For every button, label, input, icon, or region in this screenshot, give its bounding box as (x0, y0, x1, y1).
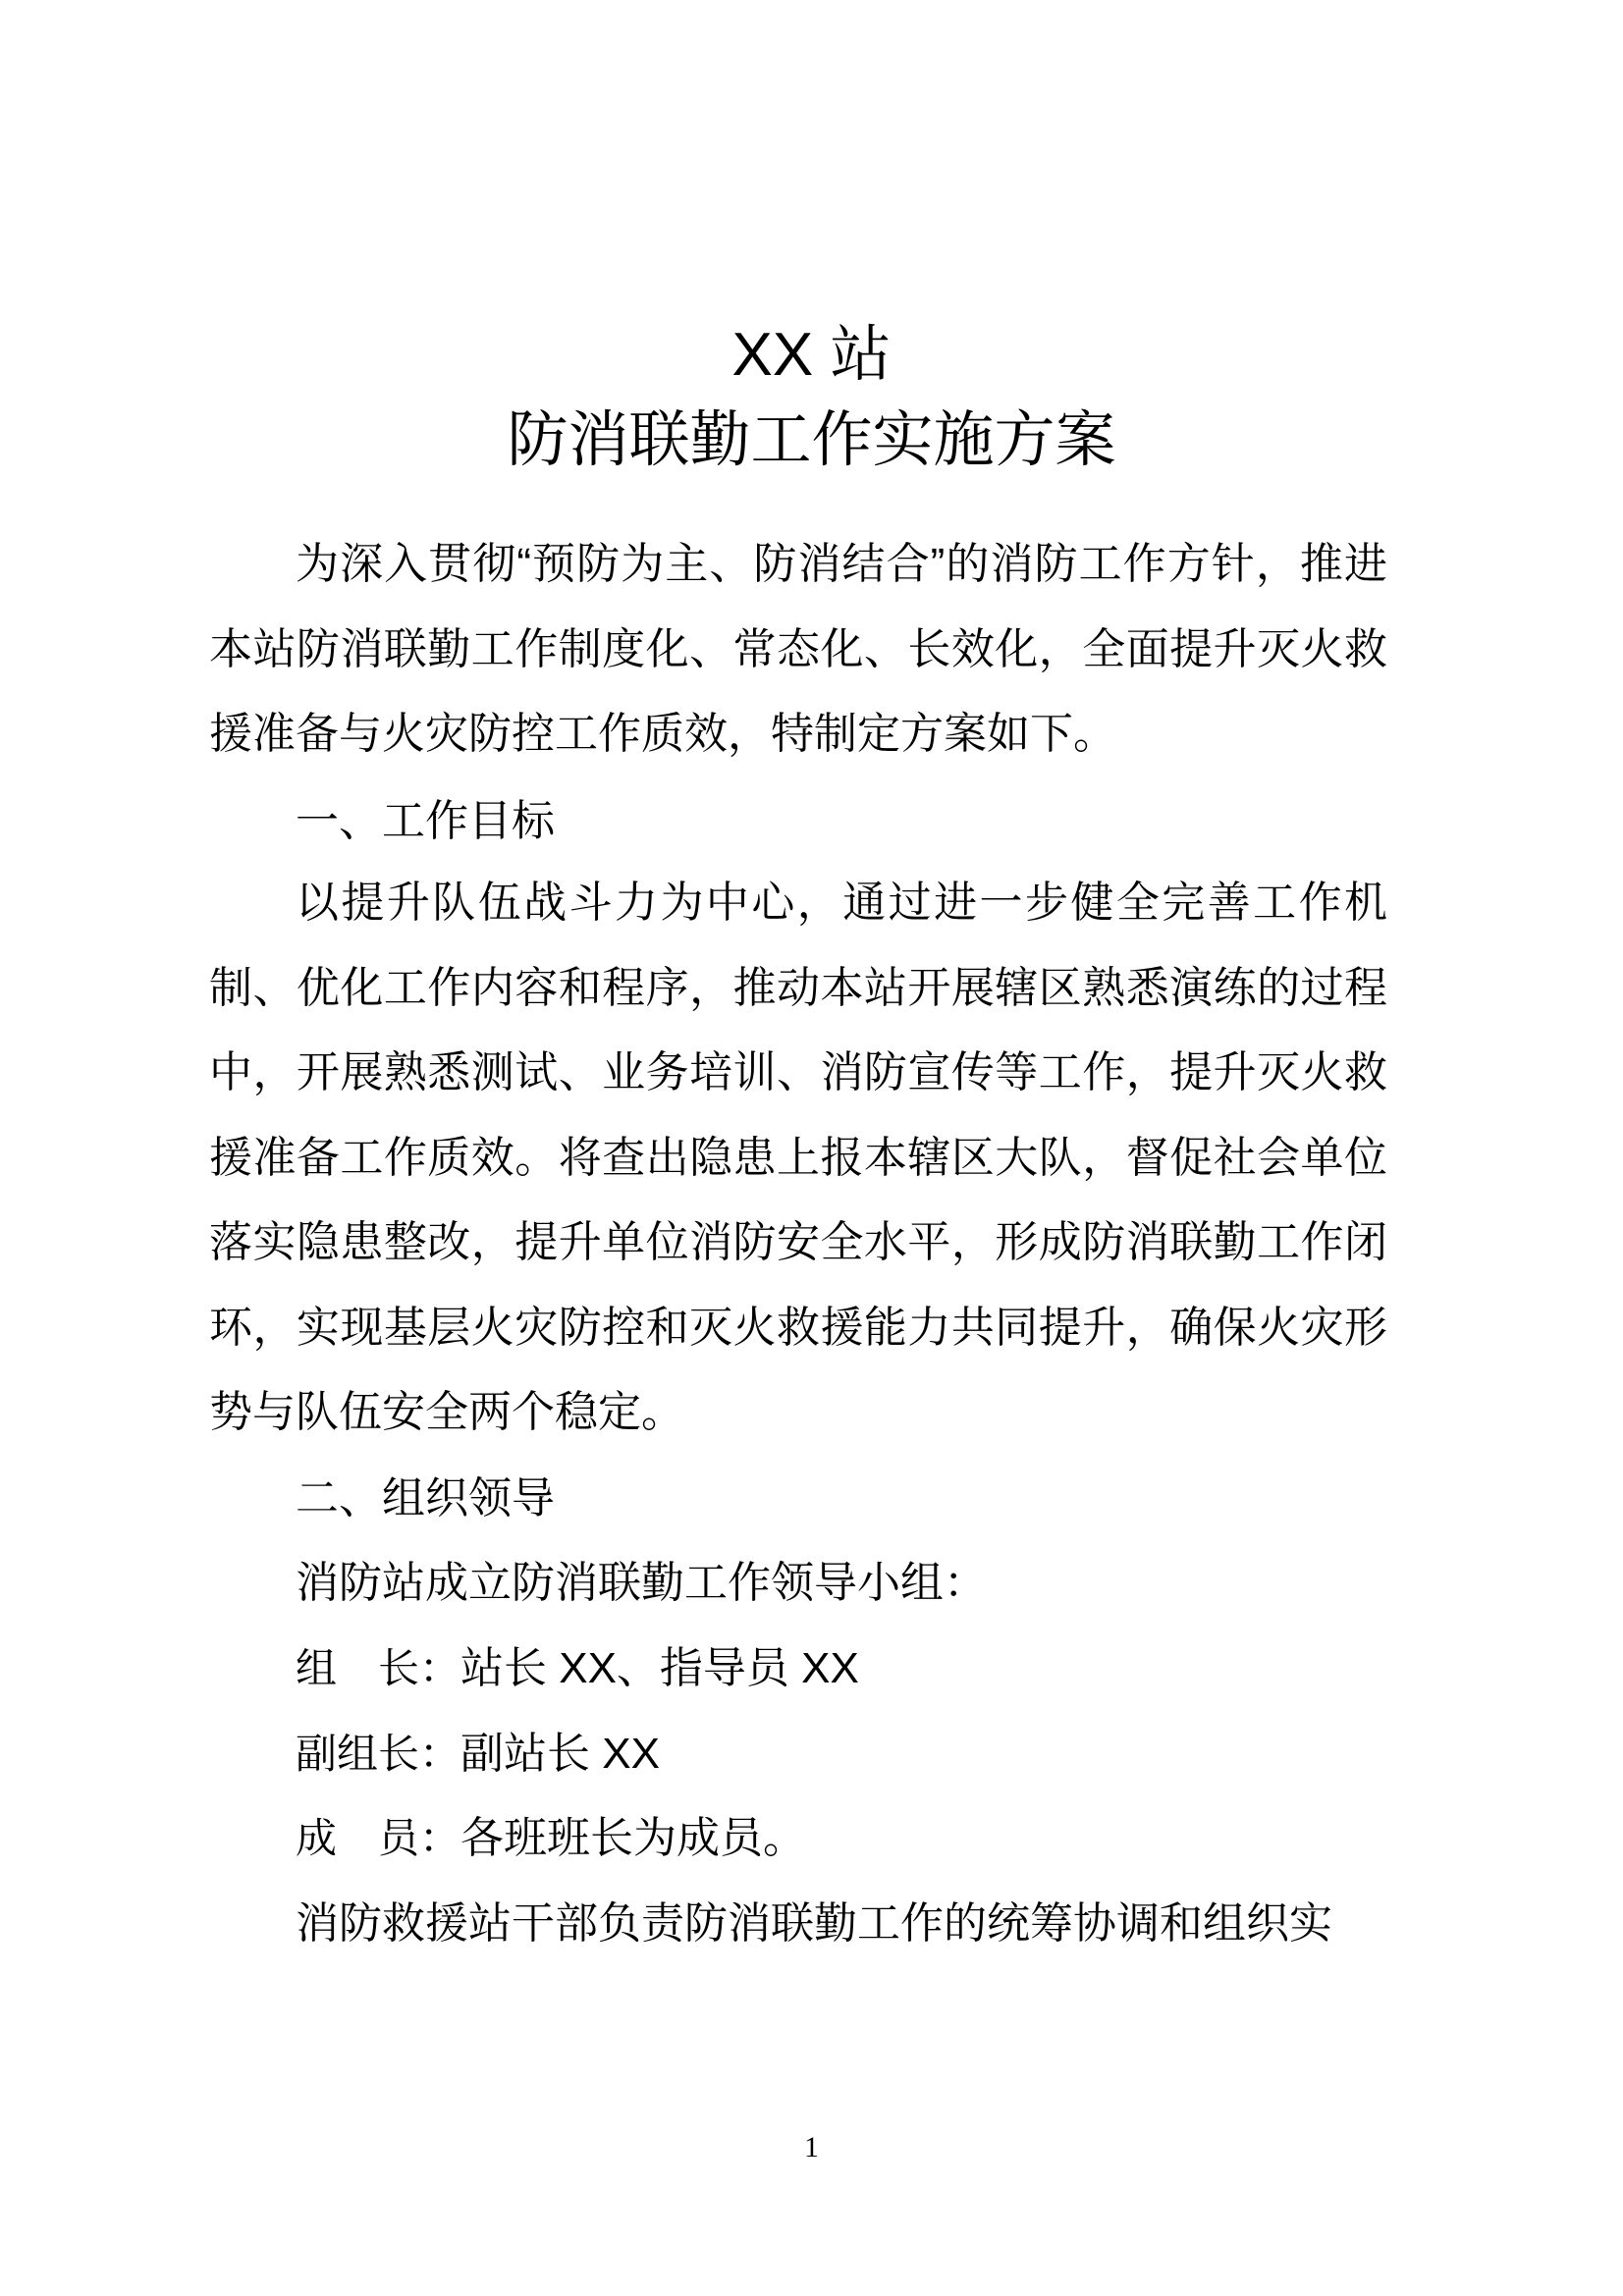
section-heading-organization: 二、组织领导 (209, 1457, 1387, 1542)
paragraph-work-goals: 以提升队伍战斗力为中心，通过进一步健全完善工作机制、优化工作内容和程序，推动本站… (209, 861, 1387, 1456)
paragraph-intro: 为深入贯彻“预防为主、防消结合”的消防工作方针，推进本站防消联勤工作制度化、常态… (209, 522, 1387, 777)
doc-title-plan: 防消联勤工作实施方案 (0, 398, 1623, 483)
role-label-leader: 组 长： (296, 1647, 460, 1692)
role-line-members: 成 员：各班班长为成员。 (209, 1796, 1387, 1883)
section-heading-work-goals: 一、工作目标 (209, 779, 1387, 865)
role-label-members: 成 员： (296, 1817, 460, 1862)
role-label-deputy-leader: 副组长： (296, 1733, 460, 1778)
role-value-members: 各班班长为成员。 (460, 1814, 806, 1862)
document-page: XX 站 防消联勤工作实施方案 为深入贯彻“预防为主、防消结合”的消防工作方针，… (0, 0, 1623, 2296)
paragraph-section2-closing: 消防救援站干部负责防消联勤工作的统筹协调和组织实 (209, 1882, 1387, 1967)
role-value-leader: 站长 XX、指导员 XX (460, 1644, 859, 1692)
role-value-deputy-leader: 副站长 XX (460, 1730, 660, 1778)
paragraph-leading-group-intro: 消防站成立防消联勤工作领导小组： (209, 1541, 1387, 1627)
role-line-leader: 组 长：站长 XX、指导员 XX (209, 1627, 1387, 1713)
doc-title-station: XX 站 (0, 312, 1623, 398)
page-number: 1 (0, 2128, 1623, 2167)
role-line-deputy-leader: 副组长：副站长 XX (209, 1712, 1387, 1798)
